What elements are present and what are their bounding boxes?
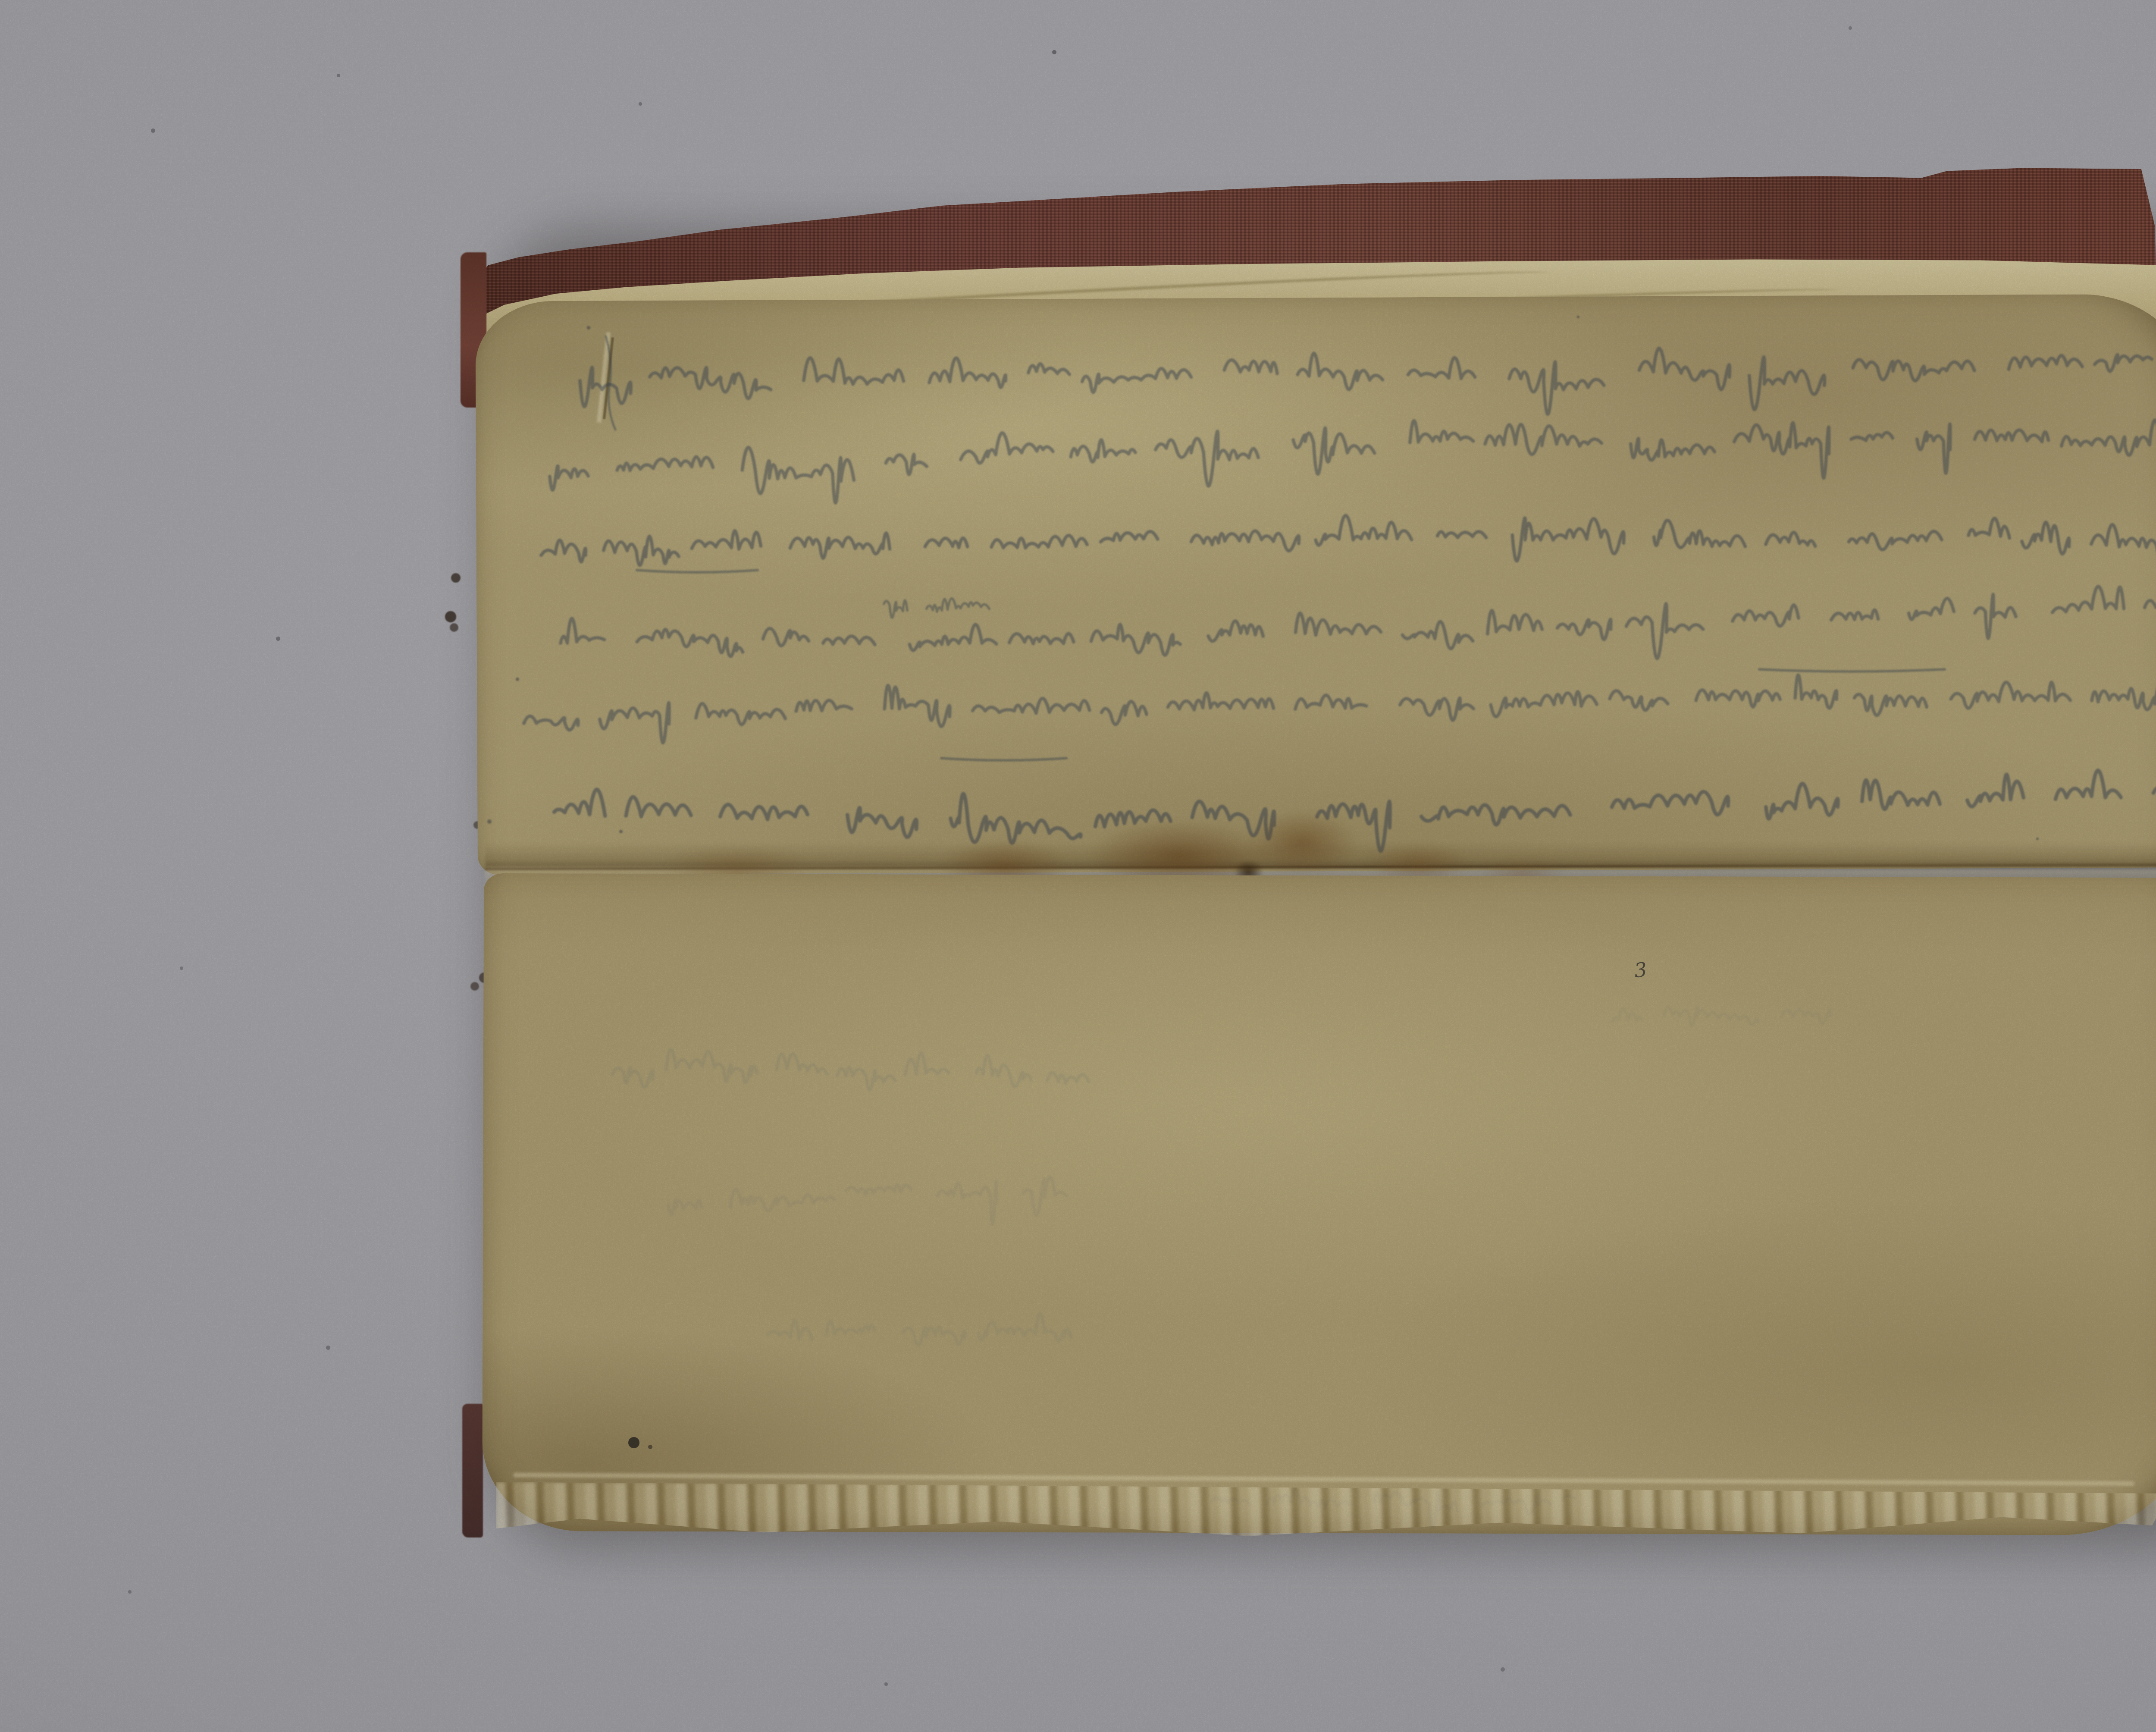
ink-blot <box>628 1437 652 1449</box>
showthrough-line-3 <box>768 1313 1071 1345</box>
left-edge-ink-specks <box>0 0 4 4</box>
showthrough-line-1 <box>612 1050 1089 1090</box>
photo-canvas: 3 <box>0 0 2156 1732</box>
showthrough-layer <box>483 875 2156 1533</box>
underline-stroke-2 <box>1759 669 1945 671</box>
paper-crack-mark <box>606 336 615 430</box>
book: 3 <box>0 0 2156 1732</box>
handwritten-line-5 <box>524 675 2156 743</box>
fold-stain <box>1246 811 1358 875</box>
ink-specks <box>487 316 2039 840</box>
underline-stroke-3 <box>941 758 1066 760</box>
handwritten-line-3 <box>541 515 2156 565</box>
handwritten-line-2 <box>550 420 2156 503</box>
handwriting-layer <box>476 298 2156 871</box>
interlinear-word <box>884 598 989 618</box>
handwritten-line-4 <box>561 587 2156 659</box>
handwritten-line-1 <box>580 348 2152 414</box>
page-number: 3 <box>1633 958 1648 982</box>
showthrough-line-2 <box>668 1177 1066 1224</box>
underline-stroke-1 <box>637 570 758 572</box>
showthrough-line-5 <box>1613 1007 1830 1026</box>
cover-edge-left-bottom <box>462 1404 483 1537</box>
